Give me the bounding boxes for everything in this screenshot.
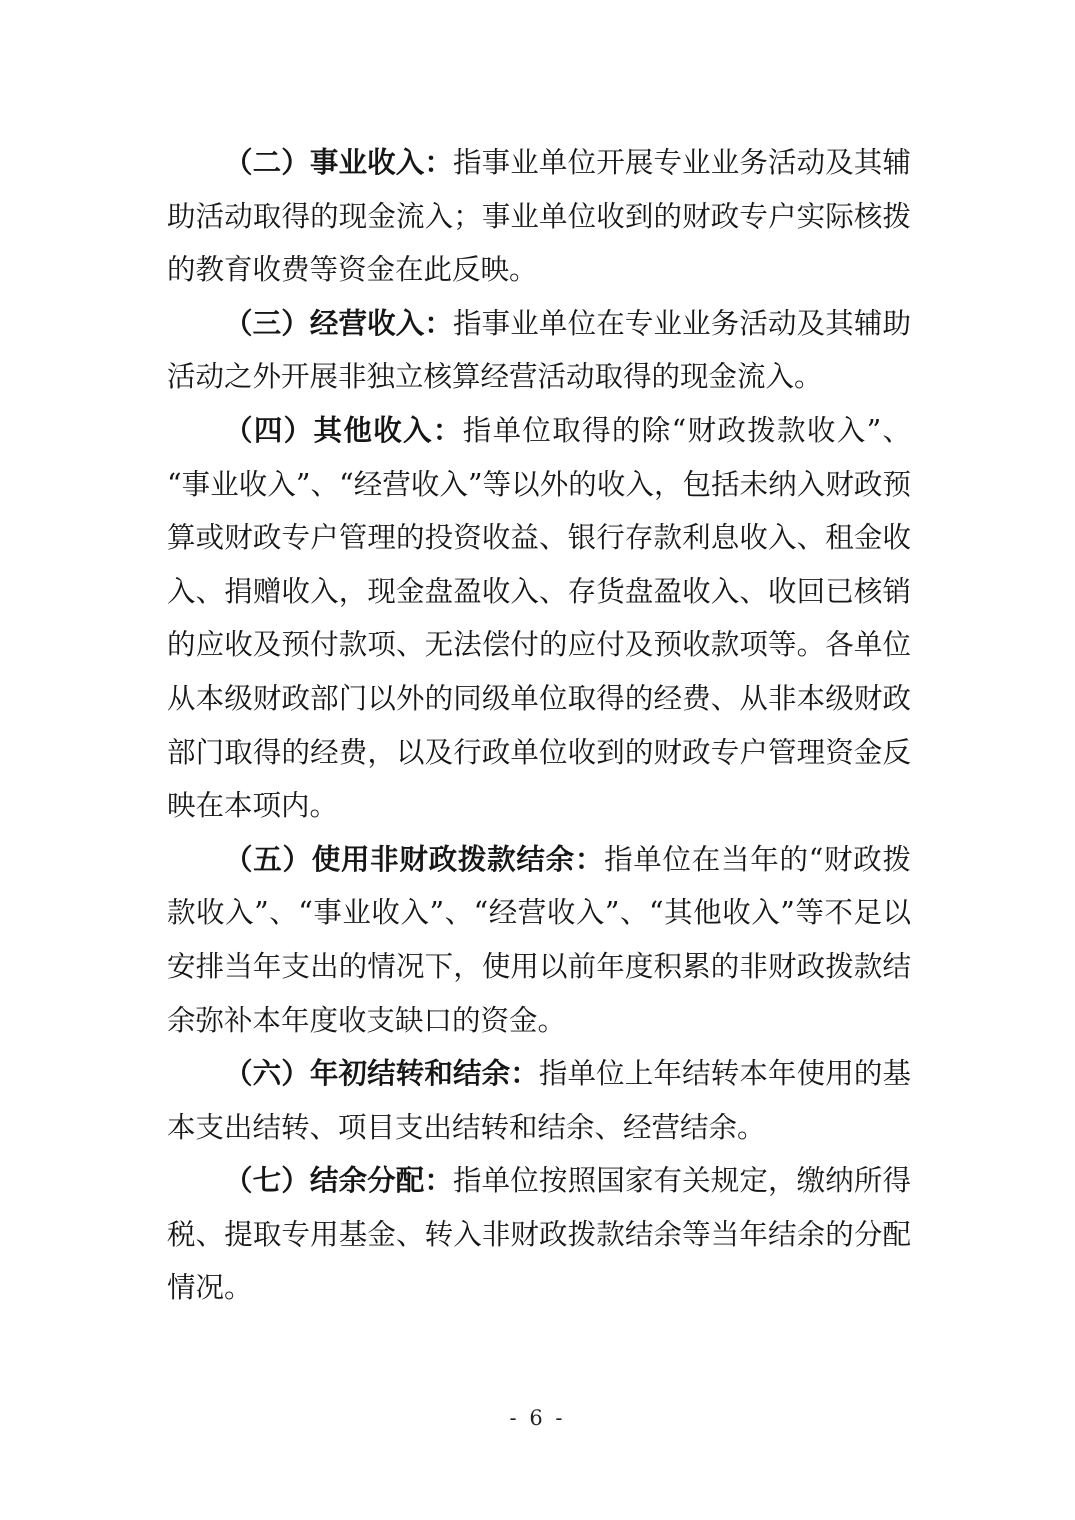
paragraph-body: 指单位取得的除“财政拨款收入”、“事业收入”、“经营收入”等以外的收入，包括未纳…: [167, 414, 911, 822]
paragraph-qita-shouru: （四）其他收入：指单位取得的除“财政拨款收入”、“事业收入”、“经营收入”等以外…: [167, 404, 911, 833]
paragraph-heading: （六）年初结转和结余：: [224, 1056, 539, 1090]
paragraph-heading: （四）其他收入：: [224, 413, 463, 447]
paragraph-heading: （二）事业收入：: [224, 145, 453, 179]
paragraph-shiyong-fei-caizheng-bokuan-jieyu: （五）使用非财政拨款结余：指单位在当年的“财政拨款收入”、“事业收入”、“经营收…: [167, 833, 911, 1047]
paragraph-heading: （七）结余分配：: [224, 1163, 453, 1197]
paragraph-jieyu-fenpei: （七）结余分配：指单位按照国家有关规定，缴纳所得税、提取专用基金、转入非财政拨款…: [167, 1154, 911, 1315]
document-body: （二）事业收入：指事业单位开展专业业务活动及其辅助活动取得的现金流入；事业单位收…: [167, 136, 911, 1315]
paragraph-heading: （三）经营收入：: [224, 306, 453, 340]
document-page: （二）事业收入：指事业单位开展专业业务活动及其辅助活动取得的现金流入；事业单位收…: [0, 0, 1075, 1520]
page-number: - 6 -: [0, 1398, 1075, 1438]
paragraph-shiye-shouru: （二）事业收入：指事业单位开展专业业务活动及其辅助活动取得的现金流入；事业单位收…: [167, 136, 911, 297]
paragraph-heading: （五）使用非财政拨款结余：: [224, 842, 604, 876]
paragraph-jingying-shouru: （三）经营收入：指事业单位在专业业务活动及其辅助活动之外开展非独立核算经营活动取…: [167, 297, 911, 404]
paragraph-nianchu-jiezhuan-he-jieyu: （六）年初结转和结余：指单位上年结转本年使用的基本支出结转、项目支出结转和结余、…: [167, 1047, 911, 1154]
